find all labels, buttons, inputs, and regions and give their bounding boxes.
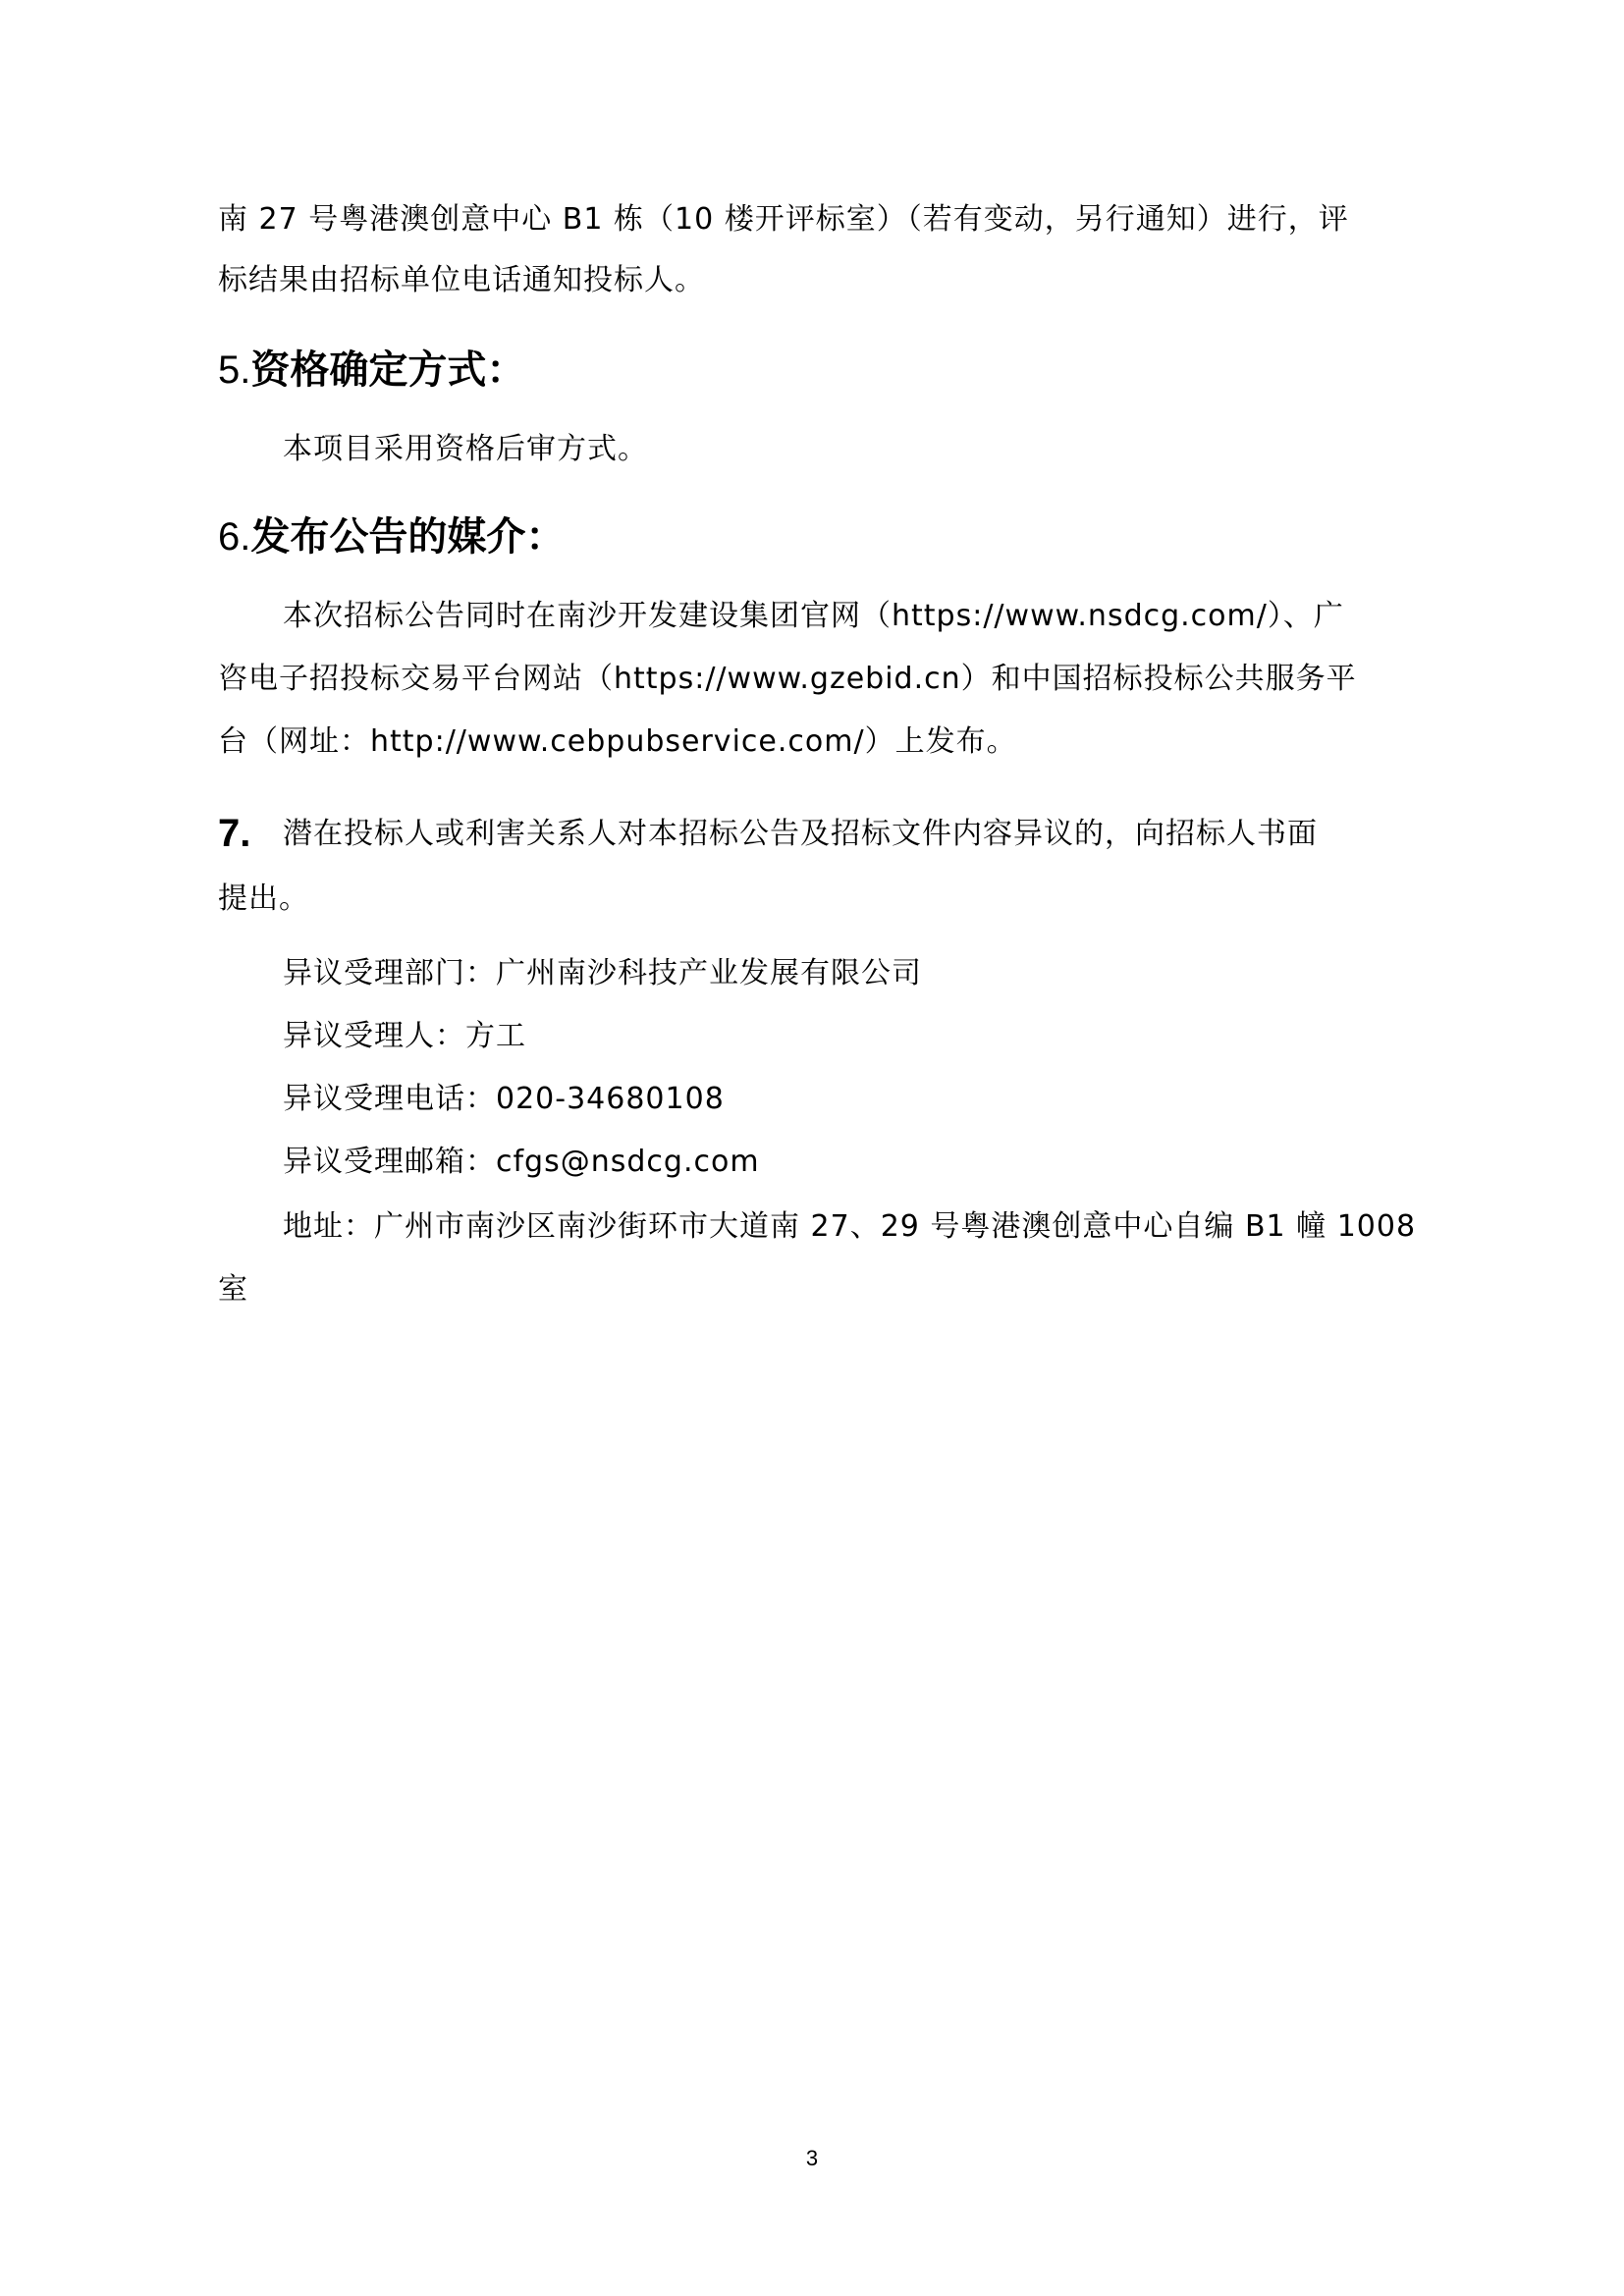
section-5-number: 5.: [218, 348, 250, 392]
section-6-line-3: 台（网址：http://www.cebpubservice.com/）上发布。: [218, 722, 1426, 762]
section-6-number: 6.: [218, 515, 250, 559]
page-number: 3: [0, 2146, 1624, 2171]
section-5-heading: 5.资格确定方式：: [218, 346, 525, 395]
section-6-line-2: 咨电子招投标交易平台网站（https://www.gzebid.cn）和中国招标…: [218, 660, 1426, 699]
objection-address-line-1: 地址：广州市南沙区南沙街环市大道南 27、29 号粤港澳创意中心自编 B1 幢 …: [283, 1207, 1490, 1247]
objection-department: 异议受理部门：广州南沙科技产业发展有限公司: [283, 954, 1490, 993]
section-7-line-1: 潜在投标人或利害关系人对本招标公告及招标文件内容异议的，向招标人书面: [283, 815, 1490, 854]
objection-email: 异议受理邮箱：cfgs@nsdcg.com: [283, 1143, 1490, 1182]
intro-line-1: 南 27 号粤港澳创意中心 B1 栋（10 楼开评标室）（若有变动，另行通知）进…: [218, 200, 1426, 240]
section-6-line-1: 本次招标公告同时在南沙开发建设集团官网（https://www.nsdcg.co…: [283, 597, 1490, 636]
objection-address-line-2: 室: [218, 1270, 1426, 1309]
intro-line-2: 标结果由招标单位电话通知投标人。: [218, 261, 1426, 300]
section-6-heading: 6.发布公告的媒介：: [218, 512, 565, 561]
section-5-body: 本项目采用资格后审方式。: [283, 430, 1490, 469]
section-7-number: 7.: [218, 809, 250, 858]
section-5-title: 资格确定方式：: [250, 347, 525, 393]
objection-contact: 异议受理人：方工: [283, 1017, 1490, 1056]
objection-phone: 异议受理电话：020-34680108: [283, 1080, 1490, 1119]
document-page: 南 27 号粤港澳创意中心 B1 栋（10 楼开评标室）（若有变动，另行通知）进…: [0, 0, 1624, 2296]
section-7-line-2: 提出。: [218, 880, 1426, 919]
section-6-title: 发布公告的媒介：: [250, 514, 565, 560]
